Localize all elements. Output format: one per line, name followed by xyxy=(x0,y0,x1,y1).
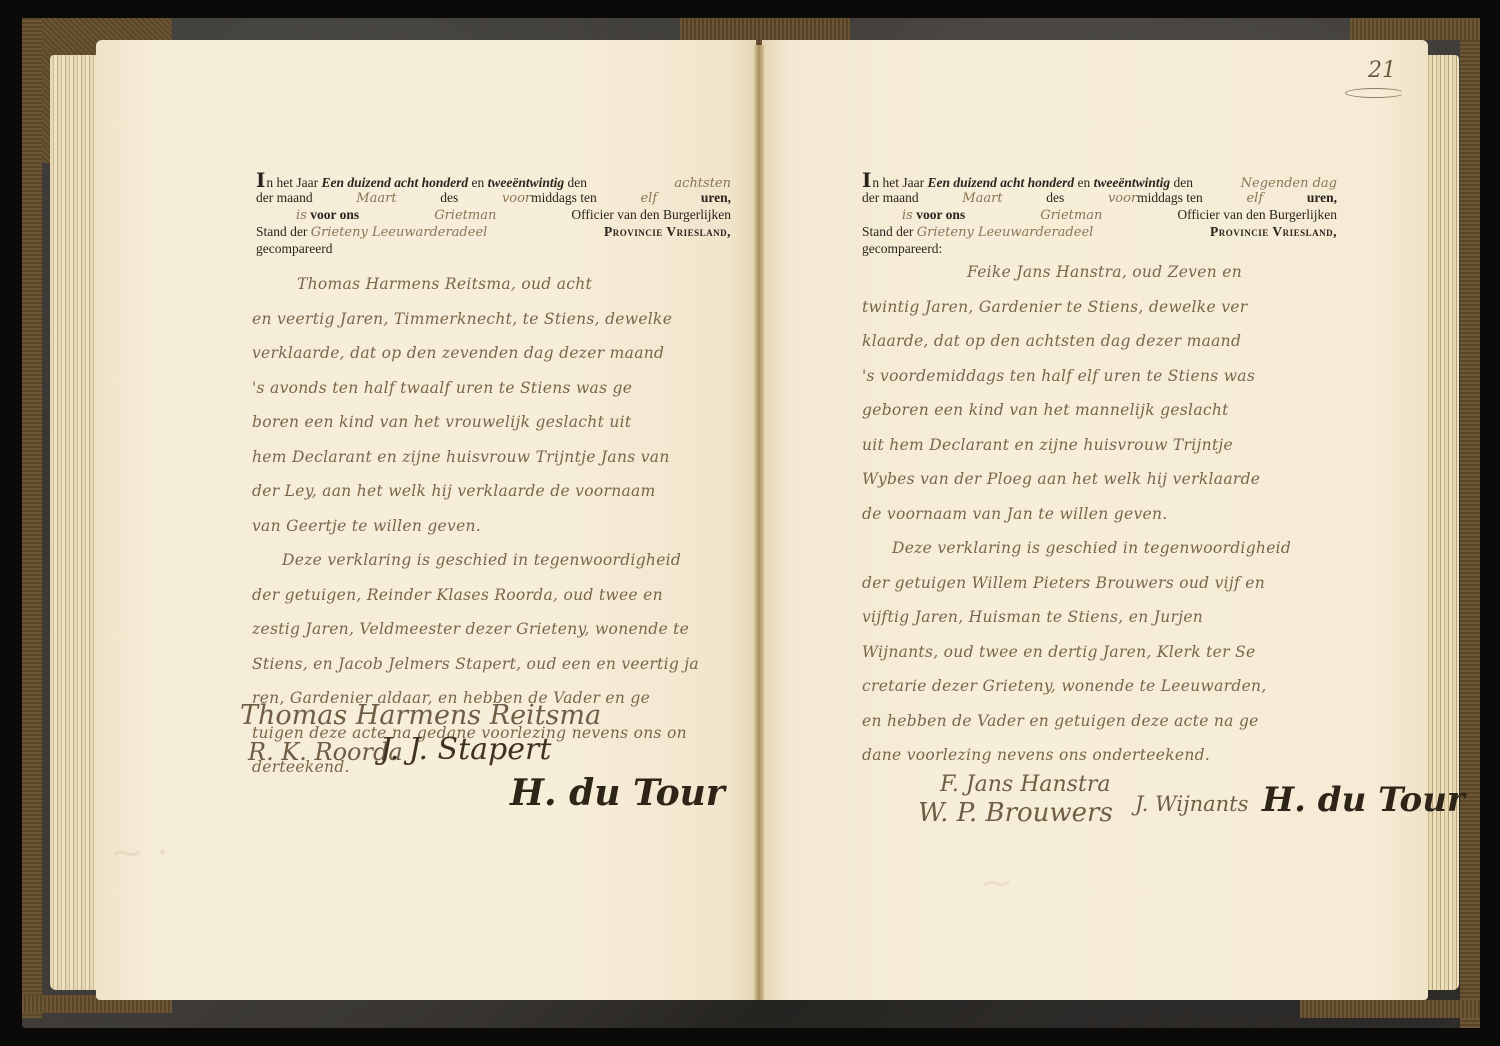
signature-witness-2: J. Wijnants xyxy=(1135,792,1248,816)
book-gutter xyxy=(754,45,764,1000)
witness-line: vijftig Jaren, Huisman te Stiens, en Jur… xyxy=(862,600,1342,635)
form-line-2: der maand Maart des voormiddags ten elf … xyxy=(256,189,731,206)
body-line: klaarde, dat op den achtsten dag dezer m… xyxy=(862,324,1342,359)
right-entry-form: In het Jaar Een duizend acht honderd en … xyxy=(862,172,1337,257)
witness-line: Deze verklaring is geschied in tegenwoor… xyxy=(862,531,1342,566)
field-officer: Grietman xyxy=(434,207,496,224)
signature-officer: H. du Tour xyxy=(1262,780,1465,820)
field-officer: Grietman xyxy=(1040,207,1102,224)
field-part-of-day: voor xyxy=(1108,191,1137,206)
form-line-4: Stand der Grieteny Leeuwarderadeel Provi… xyxy=(256,223,731,240)
body-line: Thomas Harmens Reitsma, oud acht xyxy=(252,267,722,302)
form-line-1: In het Jaar Een duizend acht honderd en … xyxy=(862,172,1337,189)
page-edges-left xyxy=(50,55,102,990)
folio-number: 21 xyxy=(1368,58,1396,83)
witness-line: der getuigen Willem Pieters Brouwers oud… xyxy=(862,566,1342,601)
form-line-4: Stand der Grieteny Leeuwarderadeel Provi… xyxy=(862,223,1337,240)
body-line: Feike Jans Hanstra, oud Zeven en xyxy=(862,255,1342,290)
signature-witness-1: W. P. Brouwers xyxy=(918,798,1113,828)
form-line-3: is voor ons Grietman Officier van den Bu… xyxy=(256,206,731,223)
bleed-through-left: ~ · xyxy=(110,830,169,876)
page-edges-right xyxy=(1425,55,1459,990)
body-line: van Geertje te willen geven. xyxy=(252,509,722,544)
body-line: 's avonds ten half twaalf uren te Stiens… xyxy=(252,371,722,406)
form-line-3: is voor ons Grietman Officier van den Bu… xyxy=(862,206,1337,223)
body-line: Wybes van der Ploeg aan het welk hij ver… xyxy=(862,462,1342,497)
witness-line: en hebben de Vader en getuigen deze acte… xyxy=(862,704,1342,739)
body-line: uit hem Declarant en zijne huisvrouw Tri… xyxy=(862,428,1342,463)
body-line: boren een kind van het vrouwelijk geslac… xyxy=(252,405,722,440)
witness-line: Deze verklaring is geschied in tegenwoor… xyxy=(252,543,722,578)
field-month: Maart xyxy=(962,190,1002,207)
bleed-through-right: ~ xyxy=(980,860,1014,906)
field-district: Grieteny Leeuwarderadeel xyxy=(311,225,488,240)
signature-declarant: Thomas Harmens Reitsma xyxy=(240,700,601,731)
body-line: hem Declarant en zijne huisvrouw Trijntj… xyxy=(252,440,722,475)
signature-declarant: F. Jans Hanstra xyxy=(940,772,1110,797)
field-hour: elf xyxy=(1246,190,1263,207)
cloth-edge-right xyxy=(1460,18,1480,1028)
field-month: Maart xyxy=(356,190,396,207)
witness-line: dane voorlezing nevens ons onderteekend. xyxy=(862,738,1342,773)
body-line: verklaarde, dat op den zevenden dag deze… xyxy=(252,336,722,371)
field-part-of-day: voor xyxy=(502,191,531,206)
folio-flourish xyxy=(1345,88,1405,98)
witness-line: zestig Jaren, Veldmeester dezer Grieteny… xyxy=(252,612,722,647)
form-line-1: In het Jaar Een duizend acht honderd en … xyxy=(256,172,731,189)
form-line-5: gecompareerd xyxy=(256,240,731,257)
field-hour: elf xyxy=(640,190,657,207)
signature-officer: H. du Tour xyxy=(510,772,725,814)
signature-witness-2: J. J. Stapert xyxy=(380,732,551,767)
body-line: geboren een kind van het mannelijk gesla… xyxy=(862,393,1342,428)
witness-line: cretarie dezer Grieteny, wonende te Leeu… xyxy=(862,669,1342,704)
witness-line: Stiens, en Jacob Jelmers Stapert, oud ee… xyxy=(252,647,722,682)
cloth-corner-top-right xyxy=(1350,18,1480,40)
right-entry-body: Feike Jans Hanstra, oud Zeven en twintig… xyxy=(862,255,1342,773)
body-line: twintig Jaren, Gardenier te Stiens, dewe… xyxy=(862,290,1342,325)
witness-line: Wijnants, oud twee en dertig Jaren, Kler… xyxy=(862,635,1342,670)
cloth-corner-bottom-right xyxy=(1300,1000,1480,1018)
witness-line: der getuigen, Reinder Klases Roorda, oud… xyxy=(252,578,722,613)
body-line: 's voordemiddags ten half elf uren te St… xyxy=(862,359,1342,394)
left-entry-form: In het Jaar Een duizend acht honderd en … xyxy=(256,172,731,257)
body-line: en veertig Jaren, Timmerknecht, te Stien… xyxy=(252,302,722,337)
field-district: Grieteny Leeuwarderadeel xyxy=(917,225,1094,240)
cloth-edge-left xyxy=(22,18,42,1018)
body-line: der Ley, aan het welk hij verklaarde de … xyxy=(252,474,722,509)
body-line: de voornaam van Jan te willen geven. xyxy=(862,497,1342,532)
